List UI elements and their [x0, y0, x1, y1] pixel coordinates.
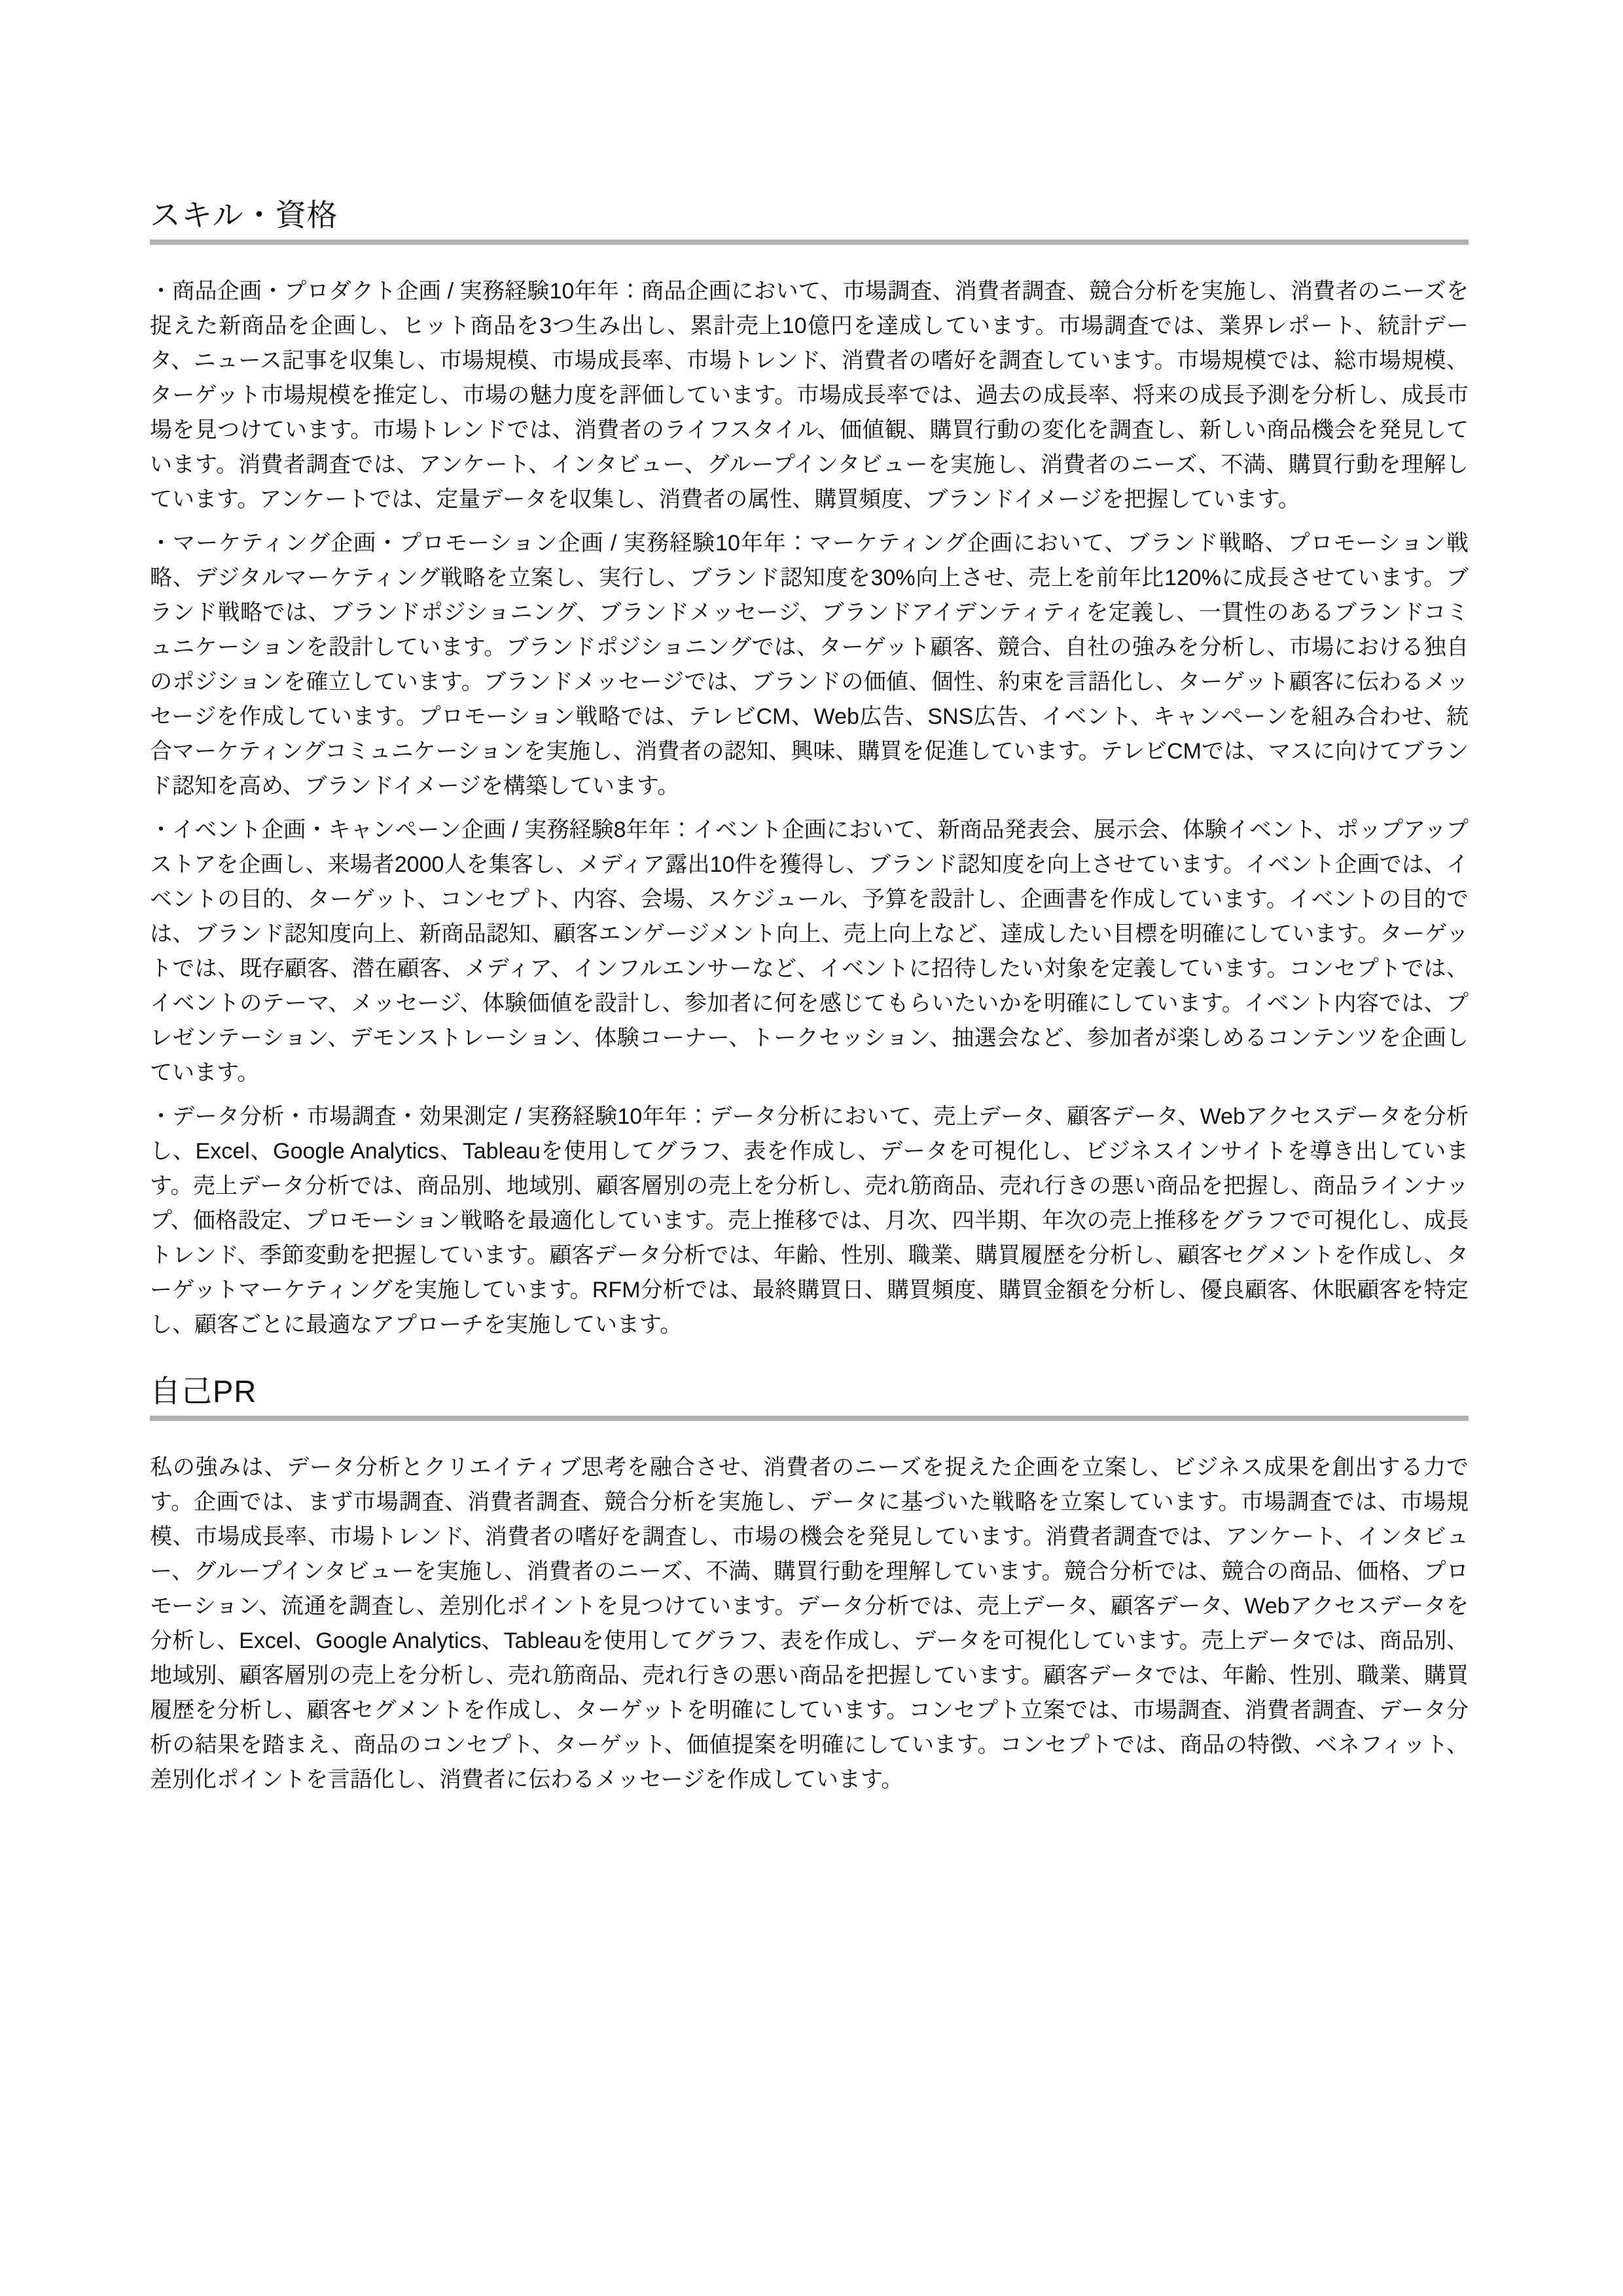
- skills-paragraph-data-analysis: ・データ分析・市場調査・効果測定 / 実務経験10年年：データ分析において、売上…: [150, 1100, 1469, 1342]
- section-skills: スキル・資格 ・商品企画・プロダクト企画 / 実務経験10年年：商品企画において…: [150, 196, 1469, 1342]
- skills-section-title: スキル・資格: [150, 196, 1469, 235]
- section-divider: [150, 240, 1469, 245]
- section-divider: [150, 1416, 1469, 1421]
- resume-page: スキル・資格 ・商品企画・プロダクト企画 / 実務経験10年年：商品企画において…: [0, 0, 1623, 2296]
- section-self-pr: 自己PR 私の強みは、データ分析とクリエイティブ思考を融合させ、消費者のニーズを…: [150, 1372, 1469, 1797]
- skills-paragraph-event-planning: ・イベント企画・キャンペーン企画 / 実務経験8年年：イベント企画において、新商…: [150, 813, 1469, 1090]
- skills-paragraph-marketing-planning: ・マーケティング企画・プロモーション企画 / 実務経験10年年：マーケティング企…: [150, 526, 1469, 804]
- self-pr-section-title: 自己PR: [150, 1372, 1469, 1411]
- self-pr-paragraph: 私の強みは、データ分析とクリエイティブ思考を融合させ、消費者のニーズを捉えた企画…: [150, 1450, 1469, 1797]
- skills-paragraph-product-planning: ・商品企画・プロダクト企画 / 実務経験10年年：商品企画において、市場調査、消…: [150, 274, 1469, 517]
